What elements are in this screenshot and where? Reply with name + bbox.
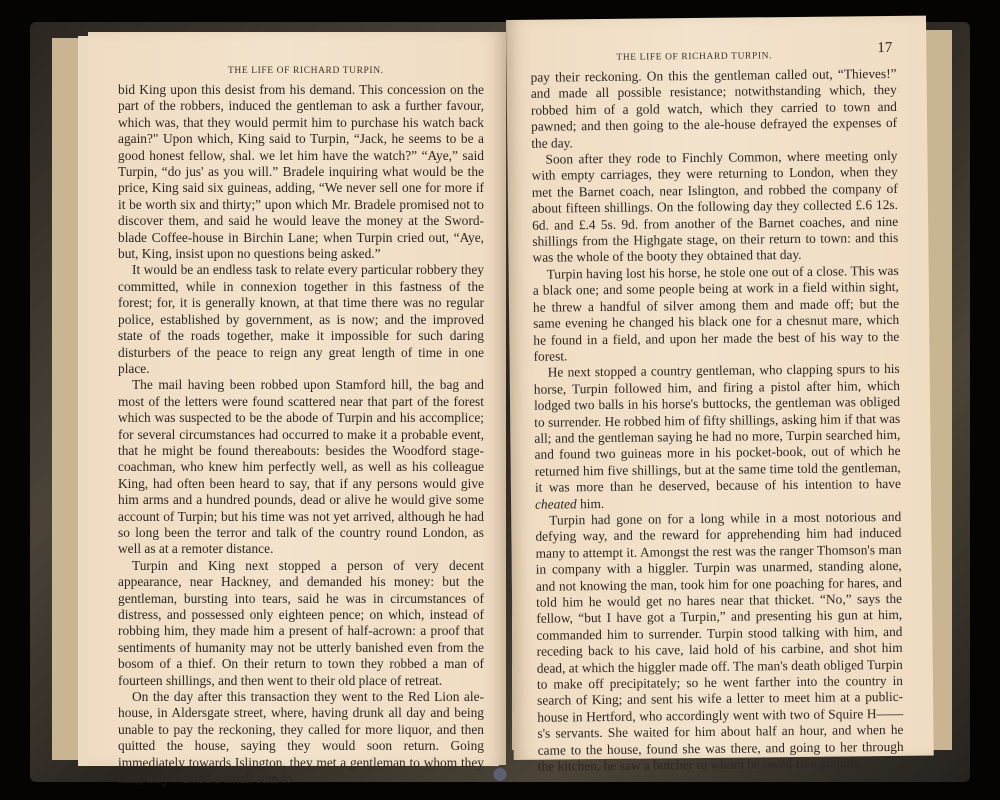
paragraph: Turpin having lost his horse, he stole o… <box>533 263 900 365</box>
paragraph: Soon after they rode to Finchly Common, … <box>531 148 898 267</box>
paragraph-text: He next stopped a country gentleman, who… <box>534 361 901 495</box>
running-head-left: THE LIFE OF RICHARD TURPIN. <box>228 66 384 76</box>
left-page-text: bid King upon this desist from his deman… <box>118 82 484 787</box>
paragraph-tail: him. <box>577 496 605 511</box>
paragraph: It would be an endless task to relate ev… <box>118 262 484 377</box>
paragraph: He next stopped a country gentleman, who… <box>534 361 902 512</box>
paragraph: bid King upon this desist from his deman… <box>118 82 484 262</box>
paragraph: On the day after this transaction they w… <box>118 689 484 787</box>
paragraph: pay their reckoning. On this the gentlem… <box>531 66 898 152</box>
paragraph: Turpin had gone on for a long while in a… <box>535 509 904 775</box>
italic-word: cheated <box>535 496 577 511</box>
left-page: THE LIFE OF RICHARD TURPIN. bid King upo… <box>88 32 506 765</box>
right-page: THE LIFE OF RICHARD TURPIN. 17 pay their… <box>506 16 934 760</box>
page-number: 17 <box>877 40 892 57</box>
paragraph: The mail having been robbed upon Stamfor… <box>118 377 484 557</box>
paragraph: Turpin and King next stopped a person of… <box>118 558 484 689</box>
right-page-text: pay their reckoning. On this the gentlem… <box>531 66 904 775</box>
running-head-right: THE LIFE OF RICHARD TURPIN. <box>616 51 772 63</box>
